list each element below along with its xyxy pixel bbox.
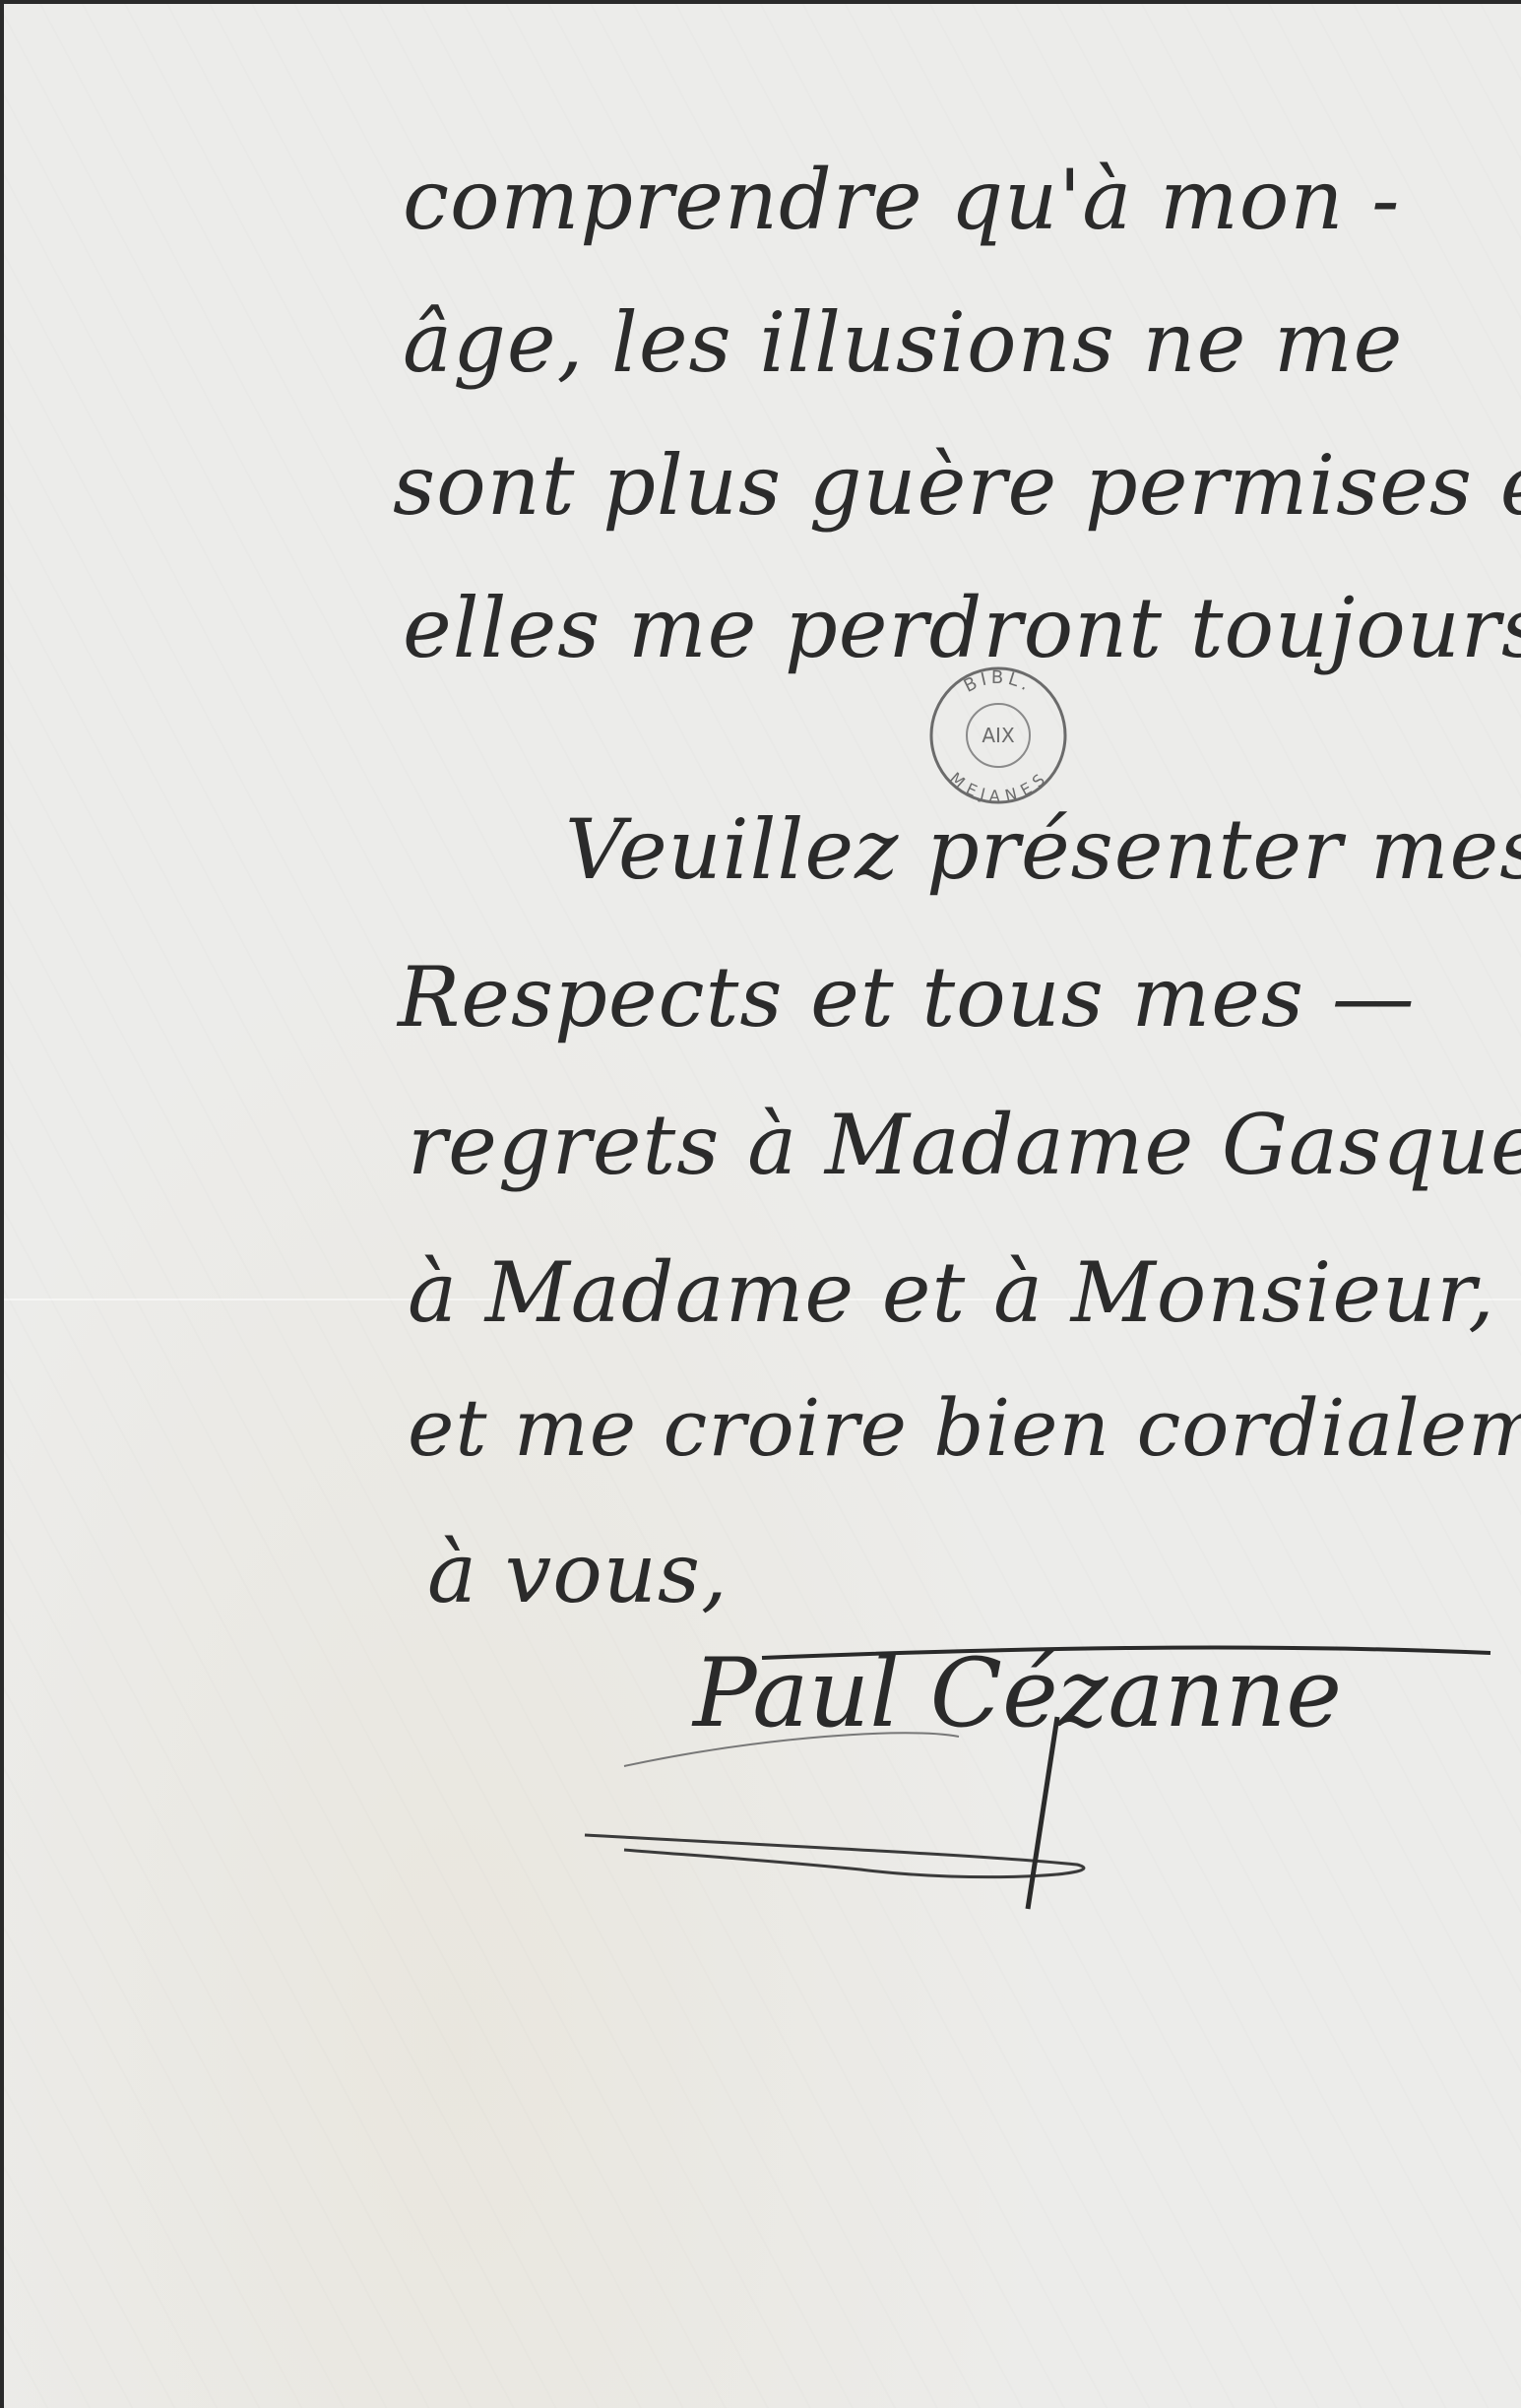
letter-line-8: à Madame et à Monsieur,	[408, 1244, 1495, 1341]
letter-line-5: Veuillez présenter mes	[565, 801, 1521, 898]
letter-line-10: à vous,	[427, 1525, 729, 1621]
letter-line-6: Respects et tous mes —	[398, 949, 1416, 1046]
stamp-center-text: AIX	[982, 724, 1015, 747]
letter-line-3: sont plus guère permises et	[393, 437, 1521, 534]
stamp-top-text: BIBL.	[961, 667, 1037, 697]
letter-line-2: âge, les illusions ne me	[403, 294, 1403, 391]
library-stamp: BIBL. MEJANES AIX	[924, 662, 1072, 809]
svg-text:BIBL.: BIBL.	[961, 667, 1037, 697]
letter-line-9: et me croire bien cordialement	[408, 1382, 1521, 1474]
letter-line-7: regrets à Madame Gasquet	[408, 1097, 1521, 1193]
letter-page: comprendre qu'à mon - âge, les illusions…	[4, 4, 1521, 2408]
letter-line-1: comprendre qu'à mon -	[403, 152, 1401, 248]
svg-text:MEJANES: MEJANES	[946, 769, 1050, 806]
signature: Paul Cézanne	[693, 1638, 1342, 1748]
stamp-bottom-text: MEJANES	[946, 769, 1050, 806]
